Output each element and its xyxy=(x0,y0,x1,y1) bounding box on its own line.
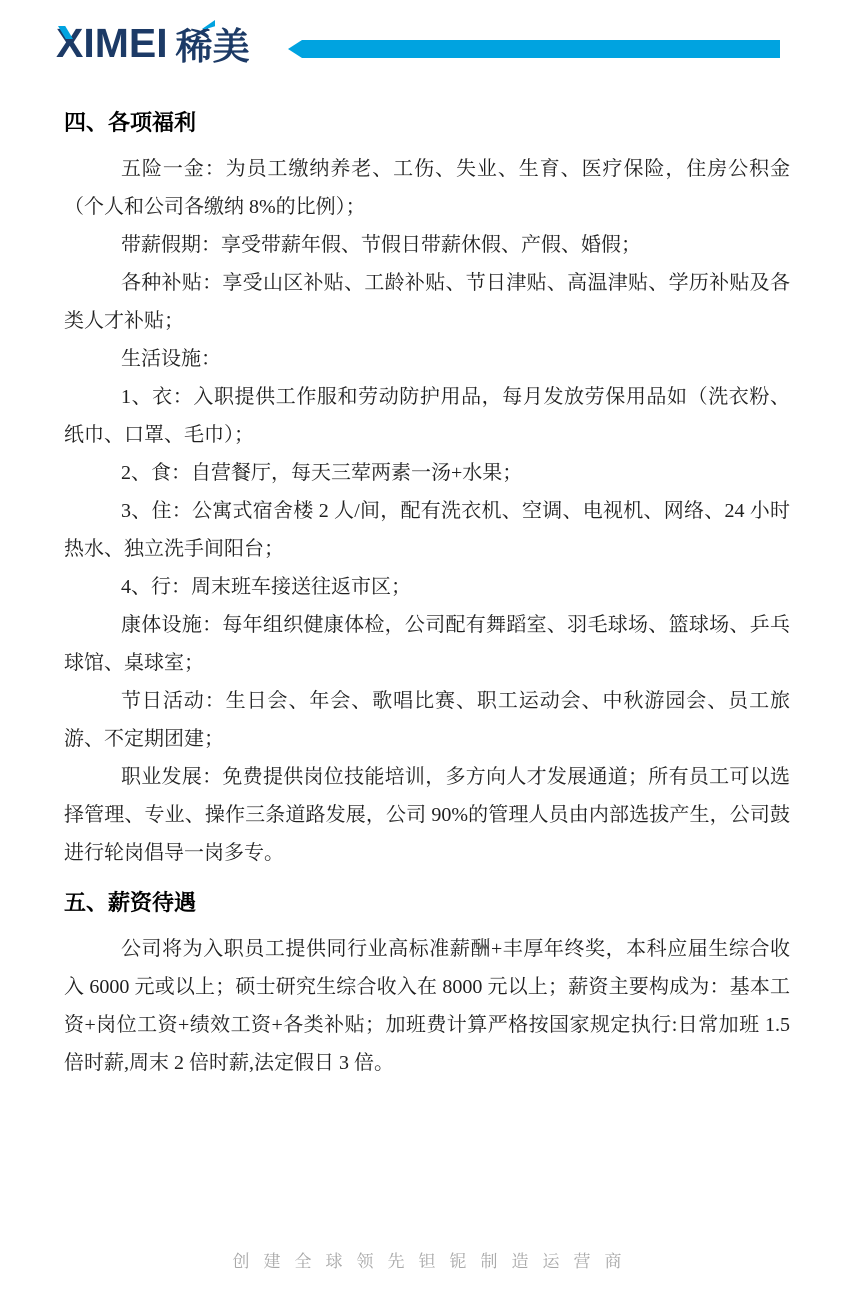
footer-slogan: 创建全球领先钽铌制造运营商 xyxy=(233,1252,636,1271)
paragraph-subsidies: 各种补贴：享受山区补贴、工龄补贴、节日津贴、高温津贴、学历补贴及各类人才补贴； xyxy=(64,264,790,340)
document-body: 四、各项福利 五险一金：为员工缴纳养老、工伤、失业、生育、医疗保险，住房公积金（… xyxy=(64,106,790,1082)
paragraph-clothing: 1、衣：入职提供工作服和劳动防护用品，每月发放劳保用品如（洗衣粉、纸巾、口罩、毛… xyxy=(64,378,790,454)
header-divider-bar xyxy=(288,40,780,58)
paragraph-salary: 公司将为入职员工提供同行业高标准薪酬+丰厚年终奖，本科应届生综合收入 6000 … xyxy=(64,930,790,1082)
paragraph-food: 2、食：自营餐厅，每天三荤两素一汤+水果； xyxy=(64,454,790,492)
logo-text-latin: XIMEI xyxy=(56,20,168,67)
paragraph-living-facilities: 生活设施： xyxy=(64,340,790,378)
paragraph-career: 职业发展：免费提供岗位技能培训，多方向人才发展通道；所有员工可以选择管理、专业、… xyxy=(64,758,790,872)
section-salary: 五、薪资待遇 公司将为入职员工提供同行业高标准薪酬+丰厚年终奖，本科应届生综合收… xyxy=(64,886,790,1082)
paragraph-transport: 4、行：周末班车接送往返市区； xyxy=(64,568,790,606)
paragraph-paid-leave: 带薪假期：享受带薪年假、节假日带薪休假、产假、婚假； xyxy=(64,226,790,264)
section-benefits: 四、各项福利 五险一金：为员工缴纳养老、工伤、失业、生育、医疗保险，住房公积金（… xyxy=(64,106,790,872)
paragraph-recreation: 康体设施：每年组织健康体检，公司配有舞蹈室、羽毛球场、篮球场、乒乓球馆、桌球室； xyxy=(64,606,790,682)
section-salary-heading: 五、薪资待遇 xyxy=(64,886,790,920)
paragraph-social-insurance: 五险一金：为员工缴纳养老、工伤、失业、生育、医疗保险，住房公积金（个人和公司各缴… xyxy=(64,150,790,226)
company-logo: XIMEI 稀美 xyxy=(56,16,250,70)
section-benefits-heading: 四、各项福利 xyxy=(64,106,790,140)
paragraph-housing: 3、住：公寓式宿舍楼 2 人/间，配有洗衣机、空调、电视机、网络、24 小时热水… xyxy=(64,492,790,568)
page-footer: 创建全球领先钽铌制造运营商 xyxy=(0,1247,854,1272)
paragraph-festivals: 节日活动：生日会、年会、歌唱比赛、职工运动会、中秋游园会、员工旅游、不定期团建； xyxy=(64,682,790,758)
page-header: XIMEI 稀美 xyxy=(0,0,854,90)
